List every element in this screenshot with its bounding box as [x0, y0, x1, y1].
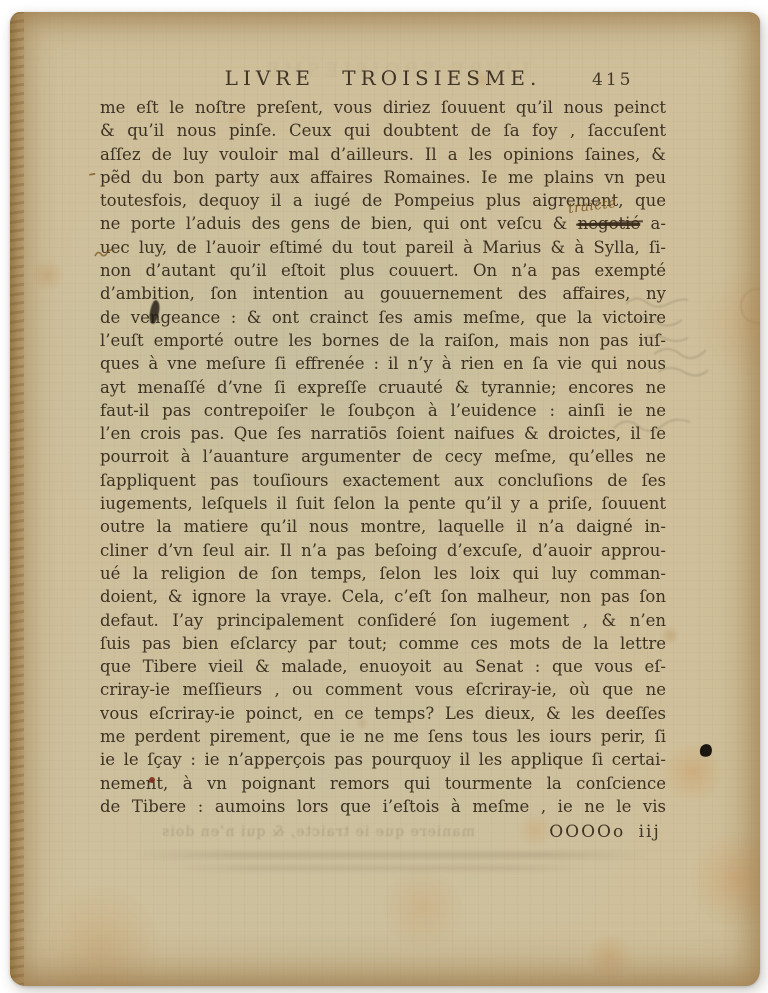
scan-background: { "colors": { "background": "#ffffff", "…	[0, 0, 768, 993]
signature-mark: OOOOo iij	[530, 822, 680, 842]
text-line: l’en crois pas. Que ſes narratiōs ſoient…	[100, 422, 666, 445]
text-line-with-correction: ne porte l’aduis des gens de bien, qui o…	[100, 212, 666, 235]
text-line: nement, à vn poignant remors qui tourmen…	[100, 772, 666, 795]
ink-blot	[698, 742, 713, 758]
text-block: me eſt le noſtre preſent, vous diriez ſo…	[100, 96, 666, 818]
text-line: uec luy, de l’auoir eſtimé du tout parei…	[100, 236, 666, 259]
text-line: pẽd du bon party aux affaires Romaines. …	[100, 166, 666, 189]
text-line: d’ambition, ſon intention au gouuernemen…	[100, 282, 666, 305]
text-segment: ne porte l’aduis des gens de bien, qui o…	[100, 214, 578, 233]
text-line: outre la matiere qu’il nous montre, laqu…	[100, 515, 666, 538]
text-line: ie le ſçay : ie n’apperçois pas pourquoy…	[100, 748, 666, 771]
paper-sheet: LIVRE TROISIESME. maniere que ie traicte…	[10, 12, 760, 986]
text-line: ques à vne meſure ſi effrenée : il n’y à…	[100, 352, 666, 375]
text-line: & qu’il nous pinſe. Ceux qui doubtent de…	[100, 119, 666, 142]
text-line: me perdent pirement, que ie ne me ſens t…	[100, 725, 666, 748]
text-line: me eſt le noſtre preſent, vous diriez ſo…	[100, 96, 666, 119]
text-line: de vengeance : & ont crainct ſes amis me…	[100, 306, 666, 329]
text-line: que Tibere vieil & malade, enuoyoit au S…	[100, 655, 666, 678]
text-line: criray-ie meſſieurs , ou comment vous eſ…	[100, 678, 666, 701]
text-line: l’euſt emporté outre les bornes de la ra…	[100, 329, 666, 352]
red-speck-stain	[149, 777, 155, 783]
text-line: aſſez de luy vouloir mal d’ailleurs. Il …	[100, 143, 666, 166]
margin-squiggle-mark	[94, 249, 116, 259]
text-line: cliner d’vn ſeul air. Il n’a pas beſoing…	[100, 539, 666, 562]
text-line: de Tibere : aumoins lors que i’eſtois à …	[100, 795, 666, 818]
ring-stain	[740, 288, 760, 324]
text-segment: a-	[640, 214, 666, 233]
text-line: doient, & ignore la vraye. Cela, c’eſt ſ…	[100, 585, 666, 608]
verso-showthrough-streak	[130, 852, 650, 858]
text-line: ué la religion de ſon temps, ſelon les l…	[100, 562, 666, 585]
struck-word: negotié	[578, 214, 641, 233]
text-line: ſuis pas bien eſclarcy par tout; comme c…	[100, 632, 666, 655]
margin-dash-mark: –	[87, 163, 101, 179]
running-header: LIVRE TROISIESME. 415	[100, 66, 666, 96]
text-line: iugements, leſquels il ſuit ſelon la pen…	[100, 492, 666, 515]
text-line: defaut. I’ay principalement conſideré ſo…	[100, 609, 666, 632]
text-line: pourroit à l’auanture argumenter de cecy…	[100, 445, 666, 468]
text-line: ayt menaſſé d’vne ſi expreſſe cruauté & …	[100, 376, 666, 399]
text-line: vous eſcriray-ie poinct, en ce temps? Le…	[100, 702, 666, 725]
verso-showthrough-line: maniere que ie traicte, & qui n’en dois	[98, 824, 538, 840]
page-number: 415	[592, 70, 633, 90]
header-title: LIVRE TROISIESME.	[100, 66, 666, 90]
text-line: faut-il pas contrepoiſer le ſoubçon à l’…	[100, 399, 666, 422]
deckle-edge	[10, 12, 24, 986]
verso-showthrough-streak	[170, 865, 590, 871]
text-line: non d’autant qu’il eſtoit plus couuert. …	[100, 259, 666, 282]
text-line: ſappliquent pas touſiours exactement aux…	[100, 469, 666, 492]
